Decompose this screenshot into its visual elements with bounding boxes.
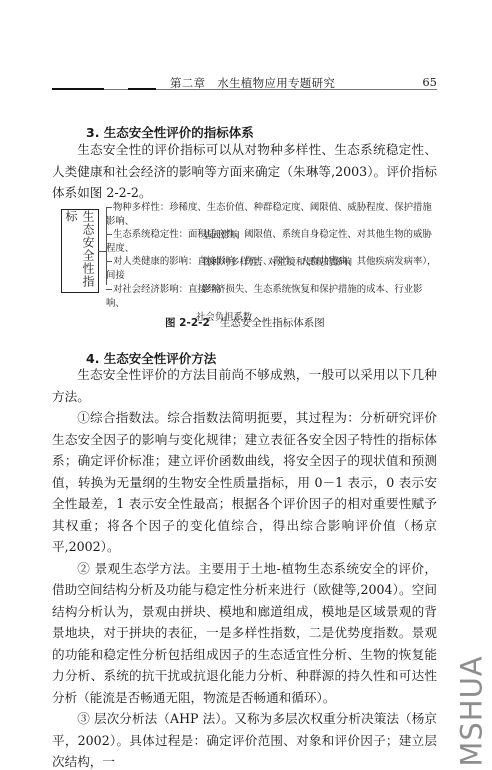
- figure-caption: 图 2-2-2 生态安全性指标体系图: [165, 315, 325, 330]
- paragraph: 生态安全性的评价指标可以从对物种多样性、生态系统稳定性、人类健康和社会经济的影响…: [52, 139, 437, 204]
- page-number: 65: [422, 75, 437, 89]
- diagram-root-label: 生态安全性指标: [63, 210, 97, 292]
- indicator-diagram: 生态安全性指标 物种多样性：珍稀度、生态价值、种群稳定度、阈限值、威胁程度、保护…: [59, 201, 439, 311]
- running-header: 第二章 水生植物应用专题研究 65: [52, 72, 437, 90]
- paragraph-method-1: ①综合指数法。综合指数法简明扼要，其过程为：分析研究评价生态安全因子的影响与变化…: [52, 407, 437, 558]
- connector-line: [98, 251, 106, 252]
- paragraph: 生态安全性评价的方法目前尚不够成熟，一般可以采用以下几种方法。: [52, 364, 437, 407]
- section-3-body: 生态安全性的评价指标可以从对物种多样性、生态系统稳定性、人类健康和社会经济的影响…: [52, 139, 437, 204]
- diagram-root-box: 生态安全性指标: [61, 209, 99, 293]
- section-4-body: 生态安全性评价的方法目前尚不够成熟，一般可以采用以下几种方法。 ①综合指数法。综…: [52, 364, 437, 770]
- watermark: MSHUA: [452, 660, 492, 762]
- figure-title: 生态安全性指标体系图: [220, 317, 325, 329]
- figure-number: 图 2-2-2: [165, 317, 210, 329]
- header-rule: [52, 89, 437, 90]
- paragraph-method-2: ② 景观生态学方法。主要用于土地-植物生态系统安全的评价，借助空间结构分析及功能…: [52, 558, 437, 709]
- paragraph-method-3: ③ 层次分析法（AHP 法）。又称为多层次权重分析决策法（杨京平，2002）。具…: [52, 708, 437, 770]
